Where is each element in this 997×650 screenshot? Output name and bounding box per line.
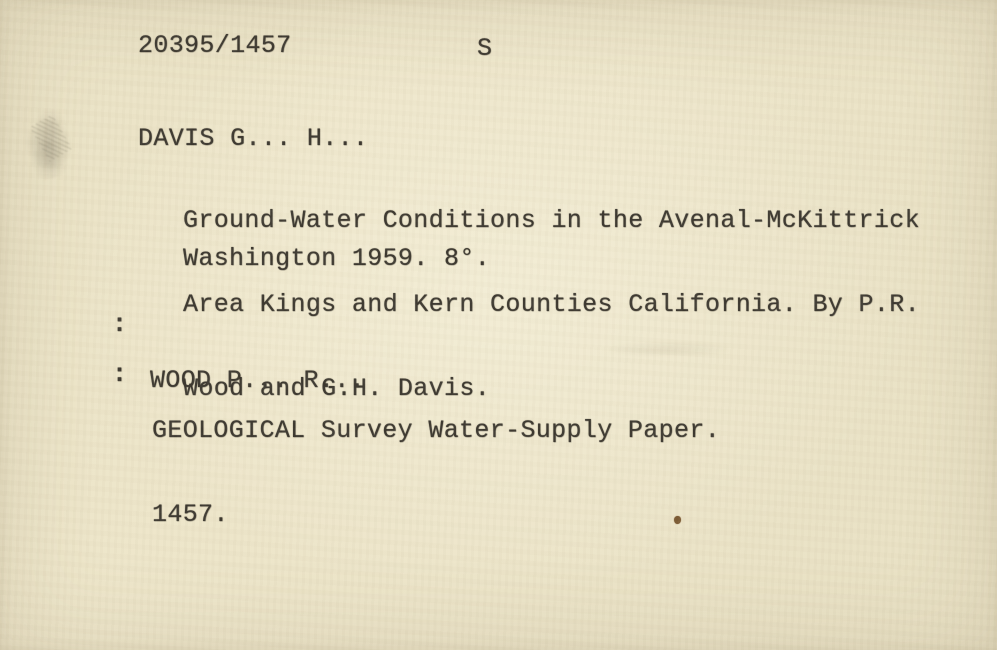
added-entry-marker: : xyxy=(112,361,127,389)
main-entry-heading: DAVIS G... H... xyxy=(138,125,368,153)
added-entry-marker: : xyxy=(112,311,127,339)
catalog-card: 20395/1457 S DAVIS G... H... Ground-Wate… xyxy=(0,0,997,650)
ink-speck xyxy=(674,516,681,524)
added-entry-line: GEOLOGICAL Survey Water-Supply Paper. xyxy=(152,417,720,445)
imprint-line: Washington 1959. 8°. xyxy=(183,245,490,273)
title-line: Ground-Water Conditions in the Avenal-Mc… xyxy=(183,207,920,235)
call-number: 20395/1457 xyxy=(138,32,292,60)
added-entry-series: GEOLOGICAL Survey Water-Supply Paper. 14… xyxy=(152,361,720,585)
size-letter: S xyxy=(477,35,492,63)
added-entry-line: 1457. xyxy=(152,501,720,529)
ghost-ink-impression xyxy=(608,342,728,356)
